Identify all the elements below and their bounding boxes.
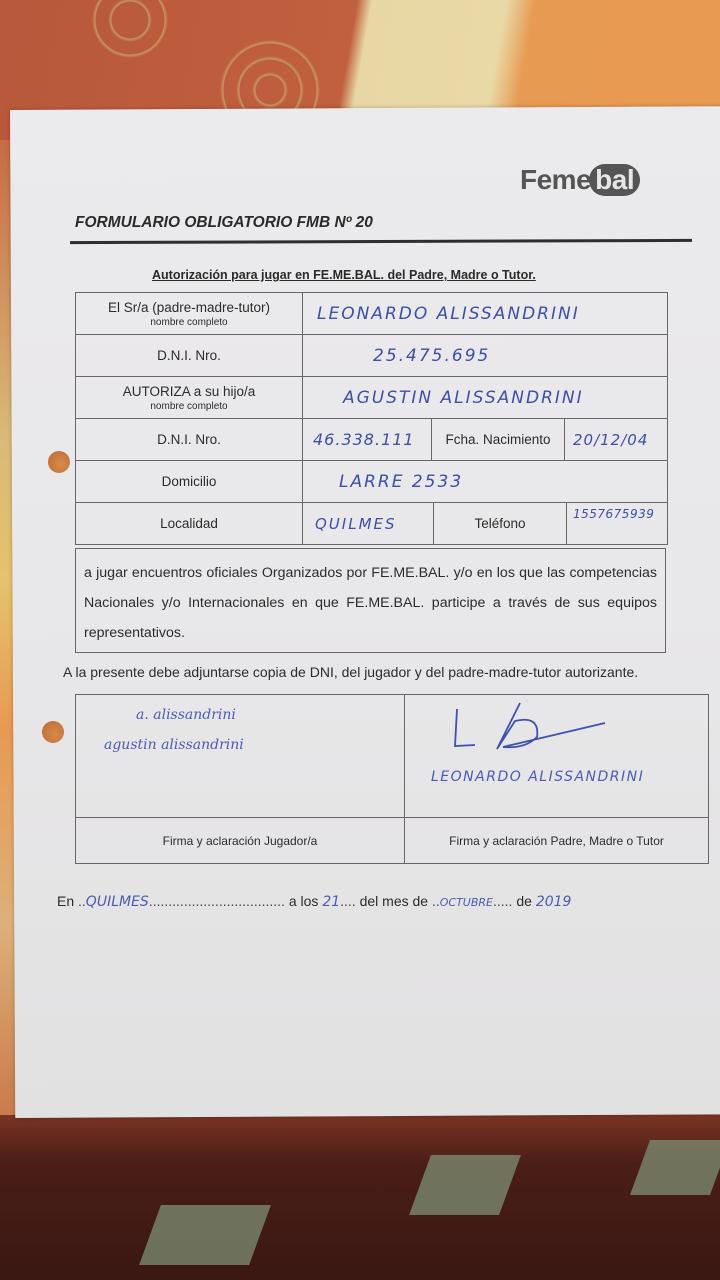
child-name-label: AUTORIZA a su hijo/anombre completo	[76, 377, 303, 418]
parent-name-field[interactable]: LEONARDO ALISSANDRINI	[303, 293, 667, 334]
address-label: Domicilio	[76, 461, 303, 502]
city-row: Localidad QUILMES Teléfono 1557675939	[76, 503, 667, 544]
address-row: Domicilio LARRE 2533	[76, 461, 667, 503]
day-field[interactable]: 21	[322, 894, 340, 910]
birth-date-label: Fcha. Nacimiento	[432, 419, 565, 460]
punch-hole	[42, 721, 64, 743]
player-signature: a. alissandrini	[136, 707, 236, 723]
label-subtext: nombre completo	[150, 317, 227, 328]
dots: ..	[432, 893, 440, 909]
parent-clarification: LEONARDO ALISSANDRINI	[431, 769, 644, 785]
a-los-label: a los	[289, 893, 319, 909]
dots: ..	[78, 893, 86, 909]
player-signature-box[interactable]: a. alissandrini agustin alissandrini	[76, 695, 405, 817]
label-subtext: nombre completo	[150, 401, 227, 412]
child-dni-label: D.N.I. Nro.	[76, 419, 303, 460]
parent-dni-row: D.N.I. Nro. 25.475.695	[76, 335, 667, 377]
authorization-table: El Sr/a (padre-madre-tutor)nombre comple…	[75, 292, 668, 545]
parent-signature-scribble	[445, 701, 615, 756]
child-name-field[interactable]: AGUSTIN ALISSANDRINI	[303, 377, 667, 418]
parent-name-row: El Sr/a (padre-madre-tutor)nombre comple…	[76, 293, 667, 335]
logo-badge: bal	[589, 164, 640, 196]
parent-name-label: El Sr/a (padre-madre-tutor)nombre comple…	[76, 293, 303, 334]
child-name-row: AUTORIZA a su hijo/anombre completo AGUS…	[76, 377, 667, 419]
address-field[interactable]: LARRE 2533	[303, 461, 667, 502]
year-field[interactable]: 2019	[536, 894, 572, 910]
phone-field[interactable]: 1557675939	[567, 503, 667, 544]
mes-label: del mes de	[360, 893, 428, 909]
dots: .....	[493, 893, 512, 909]
de-label: de	[516, 893, 532, 909]
dots: ...................................	[149, 893, 285, 909]
label-text: AUTORIZA a su hijo/a	[123, 384, 256, 399]
punch-hole	[48, 451, 70, 473]
parent-dni-label: D.N.I. Nro.	[76, 335, 303, 376]
form-subtitle: Autorización para jugar en FE.ME.BAL. de…	[152, 268, 536, 282]
authorization-text: a jugar encuentros oficiales Organizados…	[75, 548, 666, 653]
attachment-notice: A la presente debe adjuntarse copia de D…	[63, 664, 638, 680]
signature-caption-row: Firma y aclaración Jugador/a Firma y acl…	[76, 818, 708, 863]
label-text: El Sr/a (padre-madre-tutor)	[108, 300, 270, 315]
place-field[interactable]: QUILMES	[86, 894, 149, 910]
month-field[interactable]: OCTUBRE	[440, 896, 493, 909]
signature-row: a. alissandrini agustin alissandrini LEO…	[76, 695, 708, 818]
phone-label: Teléfono	[434, 503, 567, 544]
date-place-line: En ..QUILMES............................…	[57, 893, 571, 910]
background-tile	[409, 1155, 521, 1215]
parent-signature-caption: Firma y aclaración Padre, Madre o Tutor	[405, 818, 708, 863]
city-field[interactable]: QUILMES	[303, 503, 434, 544]
femebal-logo: Femebal	[520, 164, 640, 196]
player-signature-caption: Firma y aclaración Jugador/a	[76, 818, 405, 863]
child-dni-field[interactable]: 46.338.111	[303, 419, 432, 460]
form-code-title: FORMULARIO OBLIGATORIO FMB Nº 20	[75, 214, 373, 232]
child-dni-row: D.N.I. Nro. 46.338.111 Fcha. Nacimiento …	[76, 419, 667, 461]
dots: ....	[340, 893, 356, 909]
parent-signature-box[interactable]: LEONARDO ALISSANDRINI	[405, 695, 708, 817]
background-table-bottom	[0, 1115, 720, 1280]
background-tile	[630, 1140, 720, 1195]
en-label: En	[57, 893, 74, 909]
background-tile	[139, 1205, 271, 1265]
birth-date-field[interactable]: 20/12/04	[565, 419, 667, 460]
logo-text: Feme	[520, 164, 591, 195]
signature-table: a. alissandrini agustin alissandrini LEO…	[75, 694, 709, 864]
parent-dni-field[interactable]: 25.475.695	[303, 335, 667, 376]
player-clarification: agustin alissandrini	[104, 737, 244, 753]
city-label: Localidad	[76, 503, 303, 544]
